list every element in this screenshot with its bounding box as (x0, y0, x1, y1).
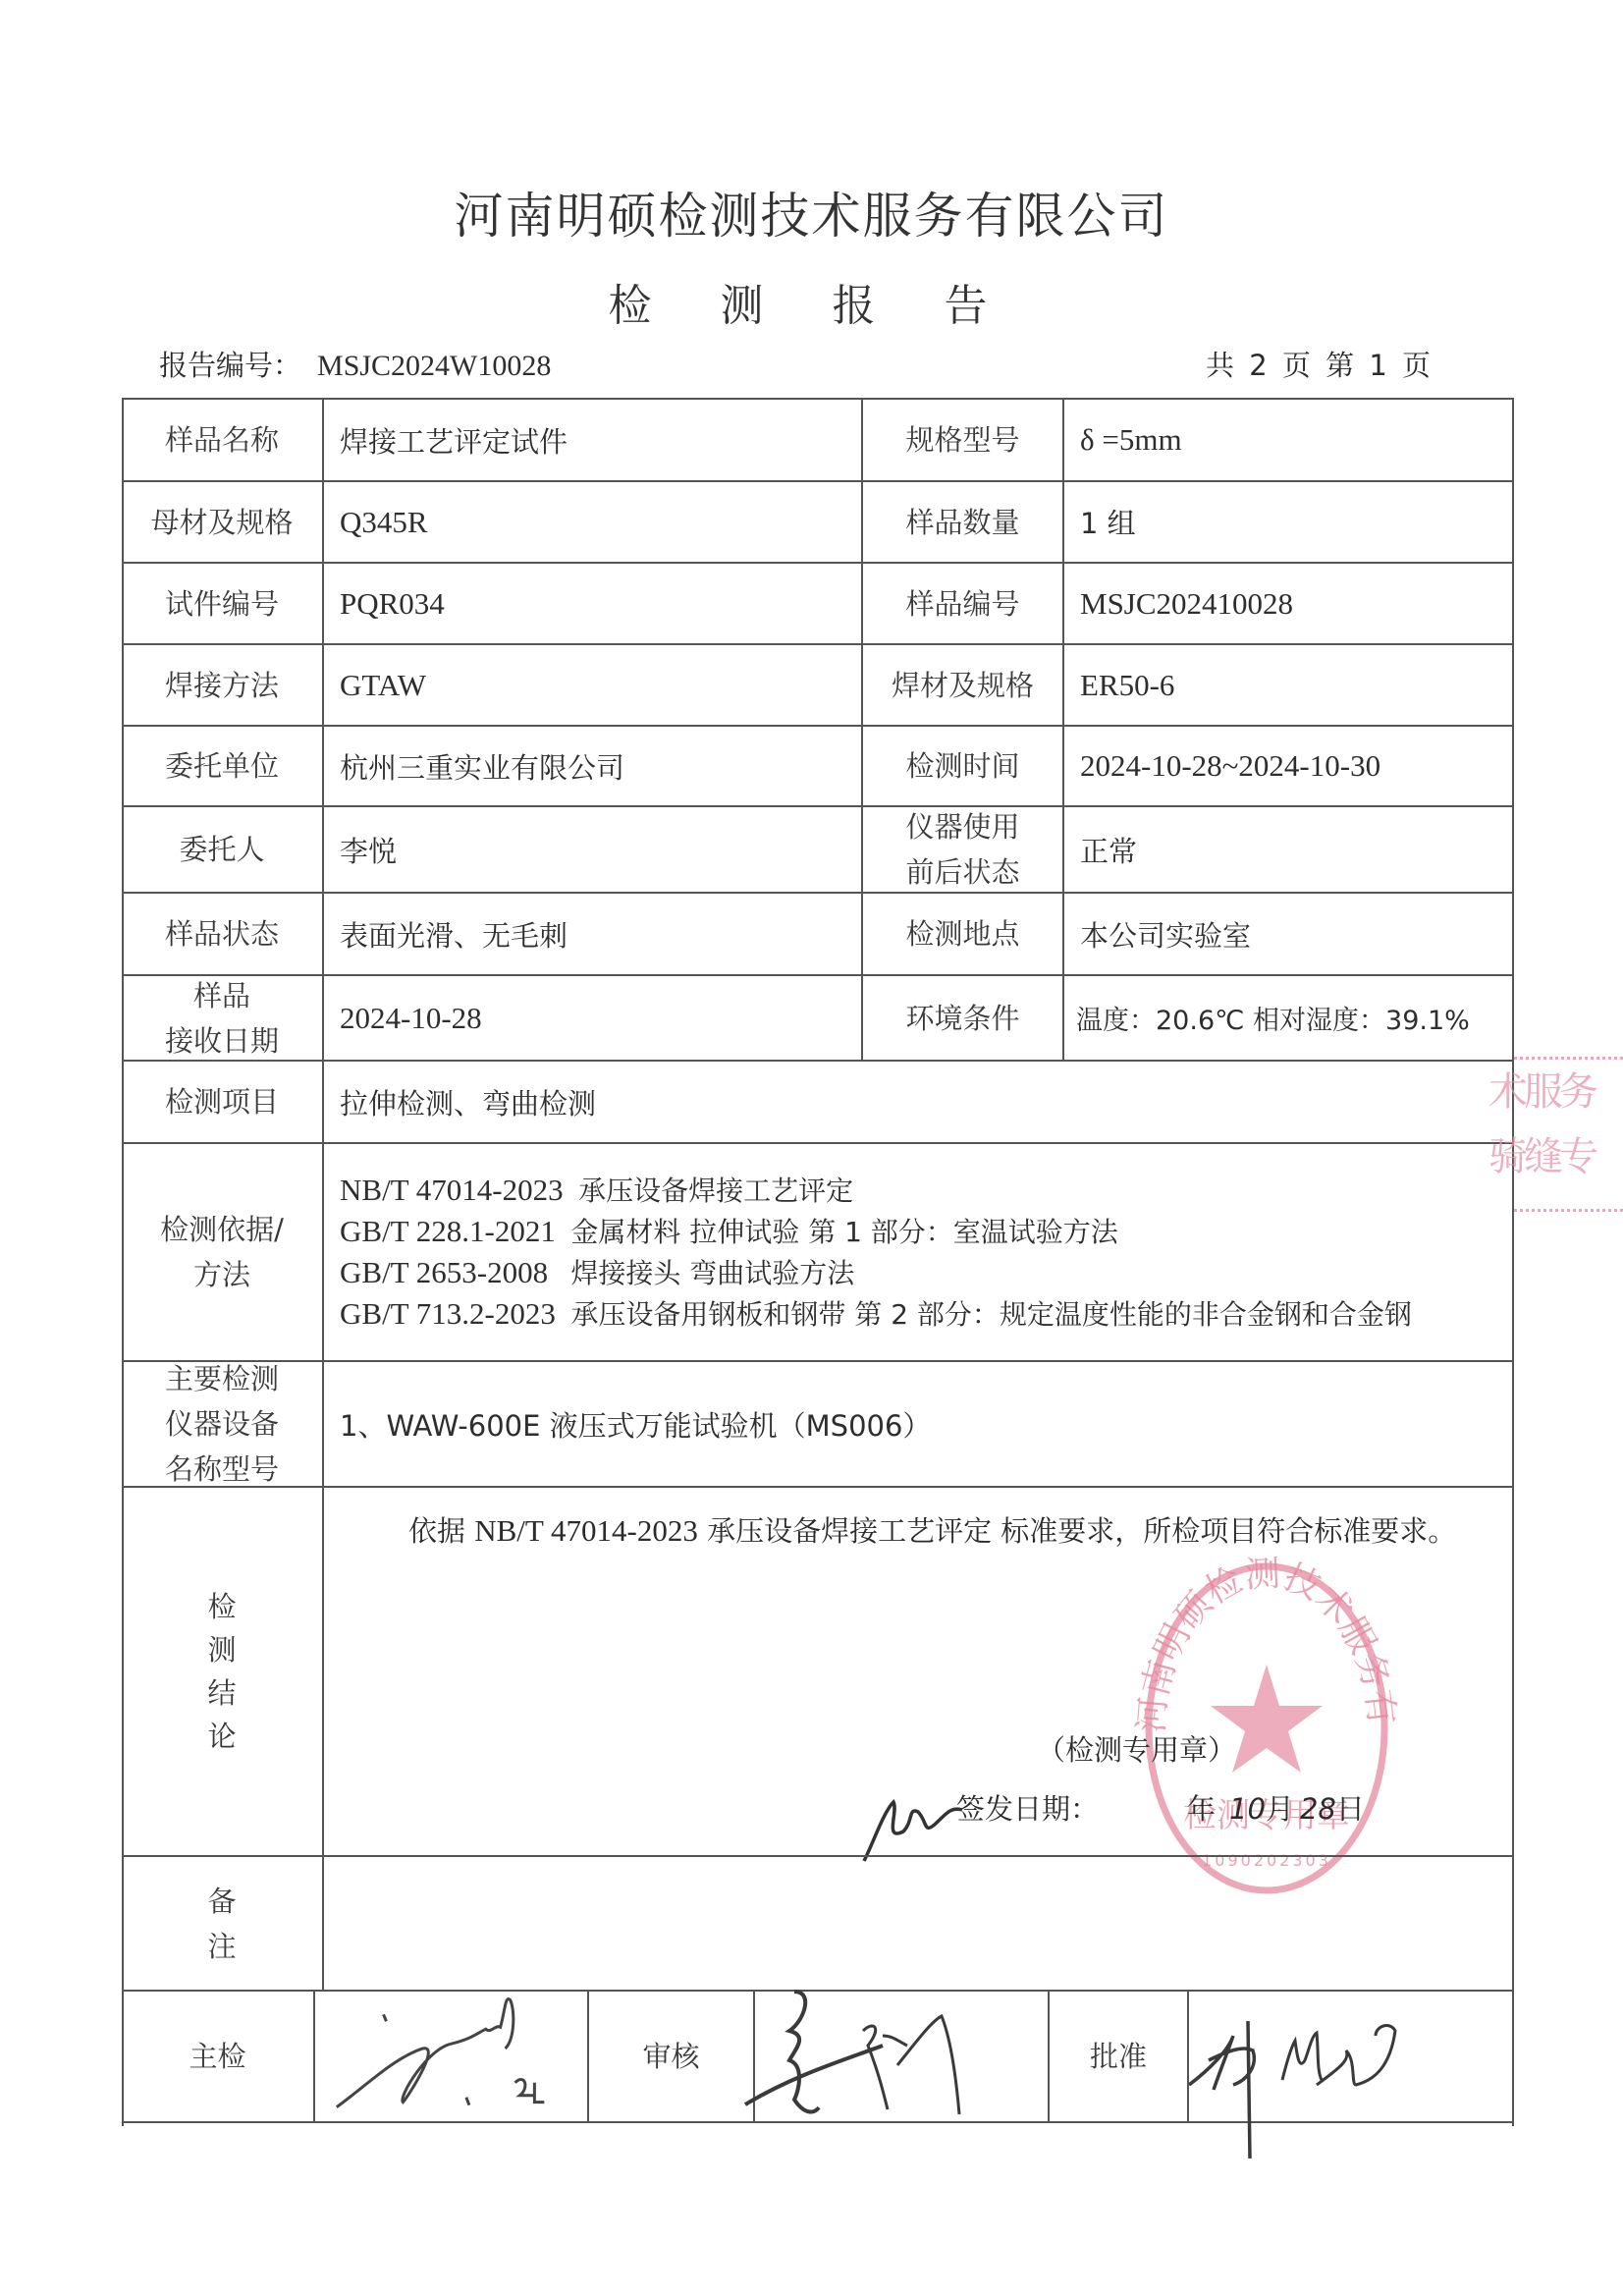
table-row: 检 测 结 论 依据 NB/T 47014-2023 承压设备焊接工艺评定 标准… (122, 1486, 1514, 1855)
report-number-label: 报告编号： (159, 349, 301, 382)
label-test-time: 检测时间 (861, 727, 1062, 805)
label-equipment-line2: 仪器设备 (165, 1401, 279, 1447)
label-receive-date-line1: 样品 (193, 973, 250, 1018)
approver-signature-icon (1189, 1992, 1516, 2188)
label-filler-material: 焊材及规格 (861, 645, 1062, 725)
value-sample-quantity: 1 组 (1062, 482, 1514, 562)
standard-code: NB/T 47014-2023 (340, 1173, 564, 1207)
label-reviewer: 审核 (587, 1992, 753, 2121)
value-sample-no: MSJC202410028 (1062, 564, 1514, 643)
standard-item: GB/T 228.1-2021 金属材料 拉伸试验 第 1 部分：室温试验方法 (340, 1211, 1118, 1252)
table-row: 样品名称 焊接工艺评定试件 规格型号 δ =5mm (122, 398, 1514, 480)
reviewer-signature-icon (735, 1972, 1030, 2139)
value-test-location: 本公司实验室 (1062, 894, 1514, 974)
value-equipment: 1、WAW-600E 液压式万能试验机（MS006） (322, 1362, 1514, 1486)
table-row: 委托单位 杭州三重实业有限公司 检测时间 2024-10-28~2024-10-… (122, 725, 1514, 805)
label-char: 检 (207, 1585, 236, 1628)
label-char: 注 (207, 1924, 236, 1969)
table-row: 检测依据/ 方法 NB/T 47014-2023 承压设备焊接工艺评定 GB/T… (122, 1142, 1514, 1360)
conclusion-cell: 依据 NB/T 47014-2023 承压设备焊接工艺评定 标准要求，所检项目符… (322, 1488, 1514, 1855)
value-test-time: 2024-10-28~2024-10-30 (1062, 727, 1514, 805)
table-row: 样品状态 表面光滑、无毛刺 检测地点 本公司实验室 (122, 892, 1514, 974)
conclusion-prefix: 依据 (408, 1514, 474, 1548)
standard-code: GB/T 713.2-2023 (340, 1296, 556, 1331)
label-char: 测 (207, 1628, 236, 1671)
label-test-basis-line2: 方法 (193, 1252, 250, 1297)
table-row: 焊接方法 GTAW 焊材及规格 ER50-6 (122, 643, 1514, 725)
conclusion-text: 依据 NB/T 47014-2023 承压设备焊接工艺评定 标准要求，所检项目符… (340, 1511, 1498, 1551)
label-receive-date: 样品 接收日期 (122, 976, 322, 1060)
label-sample-condition: 样品状态 (122, 894, 322, 974)
label-client-person: 委托人 (122, 807, 322, 892)
label-instrument-status: 仪器使用 前后状态 (861, 807, 1062, 892)
label-receive-date-line2: 接收日期 (165, 1018, 279, 1064)
table-row: 主要检测 仪器设备 名称型号 1、WAW-600E 液压式万能试验机（MS006… (122, 1360, 1514, 1486)
label-equipment: 主要检测 仪器设备 名称型号 (122, 1362, 322, 1486)
standard-item: NB/T 47014-2023 承压设备焊接工艺评定 (340, 1170, 853, 1211)
side-stamp-line1: 术服务 (1488, 1060, 1623, 1124)
label-equipment-line1: 主要检测 (165, 1356, 279, 1401)
standard-title: 焊接接头 弯曲试验方法 (570, 1257, 854, 1289)
table-row: 试件编号 PQR034 样品编号 MSJC202410028 (122, 562, 1514, 643)
label-welding-method: 焊接方法 (122, 645, 322, 725)
conclusion-standard: NB/T 47014-2023 (474, 1513, 698, 1548)
standard-code: GB/T 2653-2008 (340, 1255, 548, 1289)
label-test-basis: 检测依据/ 方法 (122, 1144, 322, 1360)
label-instrument-status-line1: 仪器使用 (905, 804, 1019, 849)
label-test-basis-line1: 检测依据/ (160, 1207, 284, 1252)
value-receive-date: 2024-10-28 (322, 976, 861, 1060)
value-specimen-no: PQR034 (322, 564, 861, 643)
test-basis-list: NB/T 47014-2023 承压设备焊接工艺评定 GB/T 228.1-20… (322, 1144, 1514, 1360)
report-title: 检 测 报 告 (0, 270, 1623, 333)
side-stamp-line2: 骑缝专 (1488, 1124, 1623, 1189)
standard-code: GB/T 228.1-2021 (340, 1214, 556, 1248)
value-test-items: 拉伸检测、弯曲检测 (322, 1062, 1514, 1142)
standard-item: GB/T 713.2-2023 承压设备用钢板和钢带 第 2 部分：规定温度性能… (340, 1293, 1412, 1335)
label-test-location: 检测地点 (861, 894, 1062, 974)
value-client-person: 李悦 (322, 807, 861, 892)
value-spec-model: δ =5mm (1062, 400, 1514, 480)
value-sample-name: 焊接工艺评定试件 (322, 400, 861, 480)
standard-title: 承压设备用钢板和钢带 第 2 部分：规定温度性能的非合金钢和合金钢 (570, 1298, 1412, 1331)
value-remarks (322, 1857, 1514, 1990)
label-specimen-no: 试件编号 (122, 564, 322, 643)
label-conclusion: 检 测 结 论 (122, 1488, 322, 1855)
label-environment: 环境条件 (861, 976, 1062, 1060)
conclusion-suffix: 承压设备焊接工艺评定 标准要求，所检项目符合标准要求。 (698, 1514, 1456, 1548)
value-base-material: Q345R (322, 482, 861, 562)
label-base-material: 母材及规格 (122, 482, 322, 562)
value-instrument-status: 正常 (1062, 807, 1514, 892)
value-sample-condition: 表面光滑、无毛刺 (322, 894, 861, 974)
inspector-signature-cell (313, 1992, 587, 2121)
approver-signature-cell (1187, 1992, 1514, 2121)
inspector-signature-icon (315, 1990, 587, 2123)
report-number: 报告编号：MSJC2024W10028 (159, 344, 551, 384)
label-inspector: 主检 (122, 1992, 313, 2121)
standard-title: 金属材料 拉伸试验 第 1 部分：室温试验方法 (570, 1216, 1117, 1248)
label-test-items: 检测项目 (122, 1062, 322, 1142)
standard-title: 承压设备焊接工艺评定 (578, 1175, 853, 1207)
value-client-unit: 杭州三重实业有限公司 (322, 727, 861, 805)
label-sample-name: 样品名称 (122, 400, 322, 480)
label-instrument-status-line2: 前后状态 (905, 849, 1019, 895)
label-sample-no: 样品编号 (861, 564, 1062, 643)
label-client-unit: 委托单位 (122, 727, 322, 805)
label-char: 备 (207, 1879, 236, 1924)
value-environment: 温度：20.6℃ 相对湿度：39.1% (1062, 976, 1514, 1060)
label-approver: 批准 (1048, 1992, 1187, 2121)
label-sample-quantity: 样品数量 (861, 482, 1062, 562)
label-char: 论 (207, 1715, 236, 1758)
table-row: 母材及规格 Q345R 样品数量 1 组 (122, 480, 1514, 562)
label-spec-model: 规格型号 (861, 400, 1062, 480)
table-row: 委托人 李悦 仪器使用 前后状态 正常 (122, 805, 1514, 892)
reviewer-signature-cell (753, 1992, 1048, 2121)
table-row: 检测项目 拉伸检测、弯曲检测 (122, 1060, 1514, 1142)
report-number-value: MSJC2024W10028 (301, 350, 551, 382)
table-row: 样品 接收日期 2024-10-28 环境条件 温度：20.6℃ 相对湿度：39… (122, 974, 1514, 1060)
value-filler-material: ER50-6 (1062, 645, 1514, 725)
seal-label: （检测专用章） (1037, 1728, 1236, 1769)
standard-item: GB/T 2653-2008 焊接接头 弯曲试验方法 (340, 1252, 854, 1293)
official-seal-stamp-icon: 河南明硕检测技术服务有限公司 检测专用章 1090202303 (1134, 1547, 1399, 1900)
value-welding-method: GTAW (322, 645, 861, 725)
issue-date: 签发日期：年10月28日 (956, 1787, 1365, 1828)
page-info: 共 2 页 第 1 页 (1206, 344, 1431, 384)
table-row: 备 注 (122, 1855, 1514, 1990)
label-char: 结 (207, 1671, 236, 1715)
company-name: 河南明硕检测技术服务有限公司 (0, 177, 1623, 247)
signature-row: 主检 审核 批准 (122, 1990, 1514, 2123)
svg-text:河南明硕检测技术服务有限公司: 河南明硕检测技术服务有限公司 (1134, 1547, 1399, 1734)
side-seam-stamp: 术服务 骑缝专 (1514, 1057, 1623, 1212)
label-remarks: 备 注 (122, 1857, 322, 1990)
